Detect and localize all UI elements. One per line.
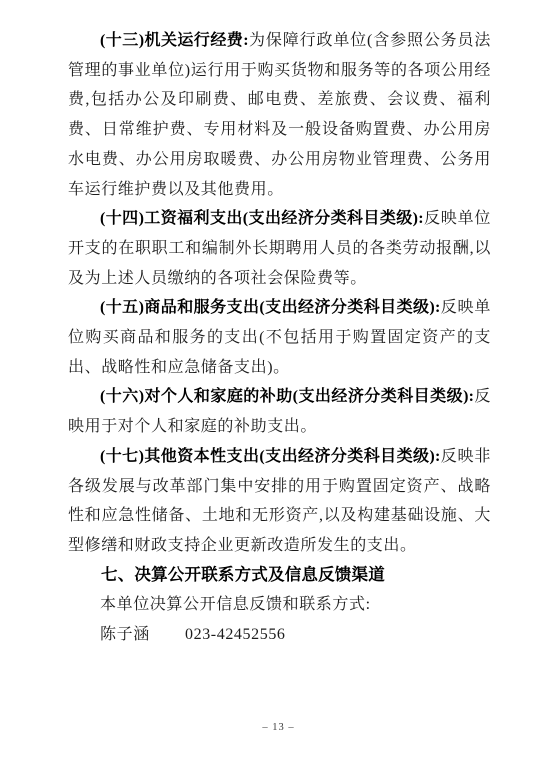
- paragraph-15-heading: (十五)商品和服务支出(支出经济分类科目类级):: [100, 299, 441, 316]
- paragraph-13-body: 为保障行政单位(含参照公务员法管理的事业单位)运行用于购买货物和服务等的各项公用…: [68, 32, 491, 198]
- paragraph-16: (十六)对个人和家庭的补助(支出经济分类科目类级):反映用于对个人和家庭的补助支…: [68, 382, 491, 441]
- paragraph-13-heading: (十三)机关运行经费:: [100, 32, 249, 49]
- paragraph-17: (十七)其他资本性支出(支出经济分类科目类级):反映非各级发展与改革部门集中安排…: [68, 442, 491, 561]
- paragraph-13: (十三)机关运行经费:为保障行政单位(含参照公务员法管理的事业单位)运行用于购买…: [68, 26, 491, 204]
- page-number: – 13 –: [0, 722, 557, 733]
- contact-intro-line: 本单位决算公开信息反馈和联系方式:: [68, 590, 491, 620]
- paragraph-16-heading: (十六)对个人和家庭的补助(支出经济分类科目类级):: [100, 388, 474, 405]
- contact-name: 陈子涵: [100, 626, 150, 643]
- contact-detail-line: 陈子涵023-42452556: [68, 620, 491, 650]
- paragraph-14: (十四)工资福利支出(支出经济分类科目类级):反映单位开支的在职职工和编制外长期…: [68, 204, 491, 293]
- contact-phone-number: 023-42452556: [185, 626, 286, 643]
- paragraph-17-heading: (十七)其他资本性支出(支出经济分类科目类级):: [100, 448, 441, 465]
- document-content: (十三)机关运行经费:为保障行政单位(含参照公务员法管理的事业单位)运行用于购买…: [68, 26, 491, 650]
- paragraph-15: (十五)商品和服务支出(支出经济分类科目类级):反映单位购买商品和服务的支出(不…: [68, 293, 491, 382]
- section-heading-feedback-channel: 七、决算公开联系方式及信息反馈渠道: [68, 561, 491, 591]
- paragraph-14-heading: (十四)工资福利支出(支出经济分类科目类级):: [100, 210, 424, 227]
- document-page: (十三)机关运行经费:为保障行政单位(含参照公务员法管理的事业单位)运行用于购买…: [0, 0, 557, 778]
